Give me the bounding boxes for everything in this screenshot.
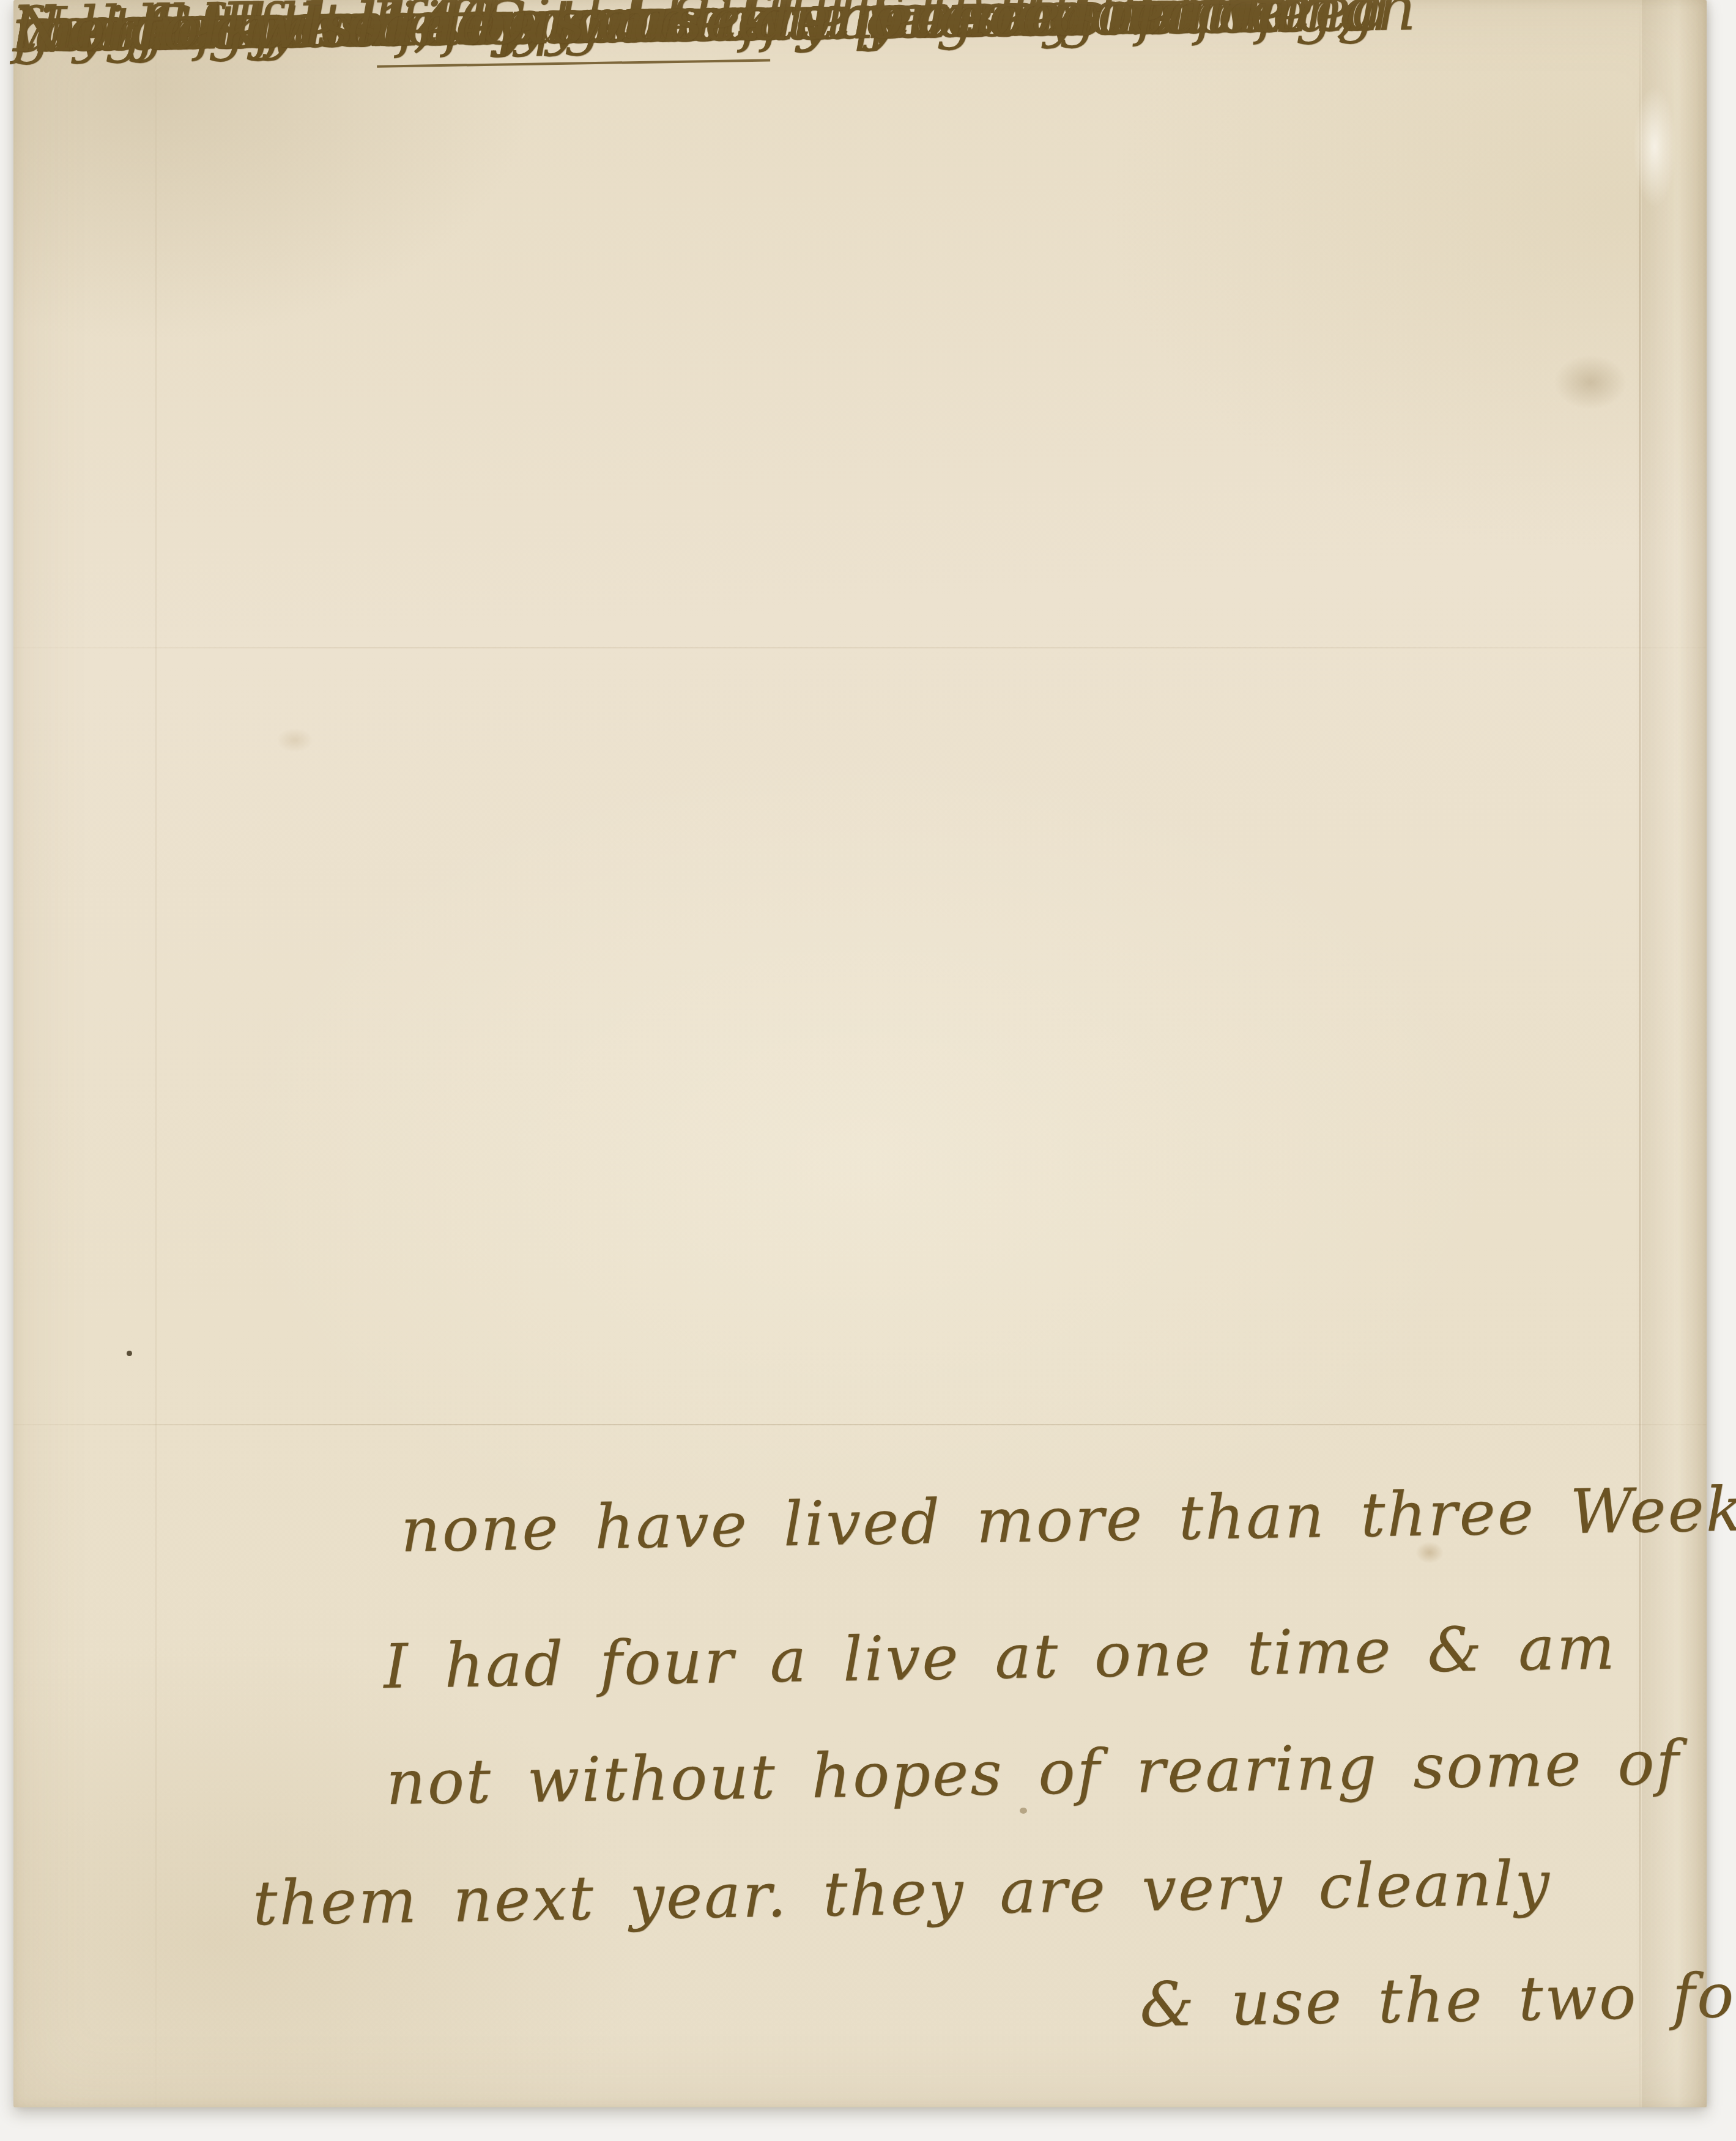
horizontal-crease-lower xyxy=(13,1424,1707,1425)
ink-smudge xyxy=(1554,355,1627,410)
ink-fleck xyxy=(127,1351,132,1356)
manuscript-line: Norfolk Island is xyxy=(12,0,587,61)
letter-page: none have lived more than three Weeks. I… xyxy=(13,0,1707,2107)
manuscript-line: none have lived more than three Weeks. xyxy=(400,1478,1736,1561)
manuscript-line: them next year. they are very cleanly xyxy=(252,1853,1551,1934)
foxing-spot xyxy=(276,728,313,752)
left-fold-crease xyxy=(155,0,157,2107)
scan-background: none have lived more than three Weeks. I… xyxy=(0,0,1736,2141)
manuscript-line: not without hopes of rearing some of xyxy=(385,1732,1681,1814)
manuscript-line: & use the two fore feet like a Monkey xyxy=(1139,1953,1736,2036)
manuscript-line: I had four a live at one time & am xyxy=(383,1617,1617,1698)
horizontal-crease-upper xyxy=(13,647,1707,648)
